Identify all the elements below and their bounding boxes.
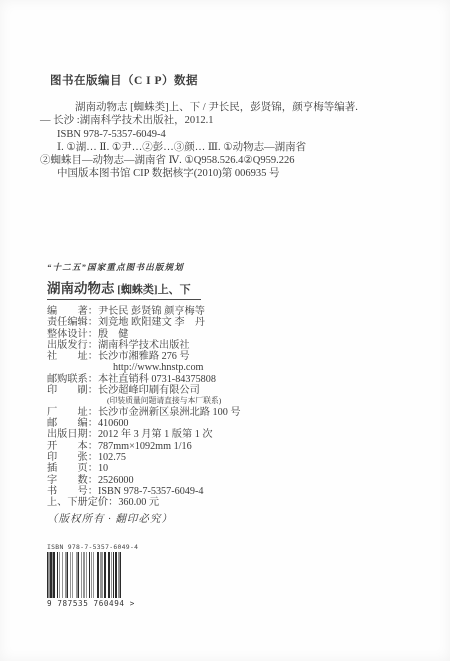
colophon-row: (印装质量问题请直接与本厂联系): [47, 396, 427, 407]
colophon-row-label: 编 著：: [47, 306, 98, 317]
colophon-row-label: 印 刷：: [47, 385, 98, 396]
colophon-row: 邮购联系：本社直销科 0731-84375808: [47, 374, 427, 385]
colophon-row: 书 号：ISBN 978-7-5357-6049-4: [47, 486, 427, 497]
colophon-row-label: 上、下册定价：: [47, 497, 118, 508]
colophon-row-value: 10: [98, 463, 108, 474]
colophon-row-value: 长沙超峰印刷有限公司: [98, 385, 200, 396]
colophon-row: 邮 编：410600: [47, 418, 427, 429]
book-title: 湖南动物志 [蜘蛛类]上、下: [47, 277, 201, 300]
colophon-row: 印 张：102.75: [47, 452, 427, 463]
book-title-subtitle: [蜘蛛类]上、下: [115, 284, 191, 296]
colophon-row-value: 湖南科学技术出版社: [98, 340, 190, 351]
colophon-row-label: 印 张：: [47, 452, 98, 463]
colophon-row-label: 出版日期：: [47, 429, 98, 440]
colophon-row: 厂 址：长沙市金洲新区泉洲北路 100 号: [47, 407, 427, 418]
colophon-row-value: 长沙市金洲新区泉洲北路 100 号: [98, 407, 241, 418]
cip-line: ②蜘蛛目—动物志—湖南省 Ⅳ. ①Q958.526.4②Q959.226: [40, 154, 426, 167]
colophon-row: 整体设计：殷 健: [47, 329, 427, 340]
cip-heading: 图书在版编目（C I P）数据: [50, 72, 198, 88]
colophon-row: 编 著：尹长民 彭贤锦 颜亨梅等: [47, 306, 427, 317]
colophon-row-value: ISBN 978-7-5357-6049-4: [98, 486, 204, 497]
colophon-row-value: 410600: [98, 418, 129, 429]
book-copyright-page: 图书在版编目（C I P）数据 湖南动物志 [蜘蛛类]上、下 / 尹长民，彭贤锦…: [0, 0, 450, 661]
colophon-row: 出版日期：2012 年 3 月第 1 版第 1 次: [47, 429, 427, 440]
colophon-row-label: 出版发行：: [47, 340, 98, 351]
colophon-row: 字 数：2526000: [47, 475, 427, 486]
colophon-row-value: 长沙市湘雅路 276 号: [98, 351, 190, 362]
colophon-row-label: 字 数：: [47, 475, 98, 486]
colophon-row-label: 邮购联系：: [47, 374, 98, 385]
colophon-row-label: 厂 址：: [47, 407, 98, 418]
colophon-row-value: 2526000: [98, 475, 134, 486]
colophon-row-label: 责任编辑：: [47, 317, 98, 328]
cip-record: 湖南动物志 [蜘蛛类]上、下 / 尹长民，彭贤锦，颜亨梅等编著.— 长沙 :湖南…: [40, 101, 426, 181]
colophon-row-label: 整体设计：: [47, 329, 98, 340]
copyright-note: （版权所有 · 翻印必究）: [47, 511, 427, 526]
colophon-row: 社 址：长沙市湘雅路 276 号: [47, 351, 427, 362]
cip-line: Ⅰ. ①湖… Ⅱ. ①尹…②彭…③颜… Ⅲ. ①动物志—湖南省: [40, 141, 426, 154]
colophon-row-label: 邮 编：: [47, 418, 98, 429]
colophon-row-value: 2012 年 3 月第 1 版第 1 次: [98, 429, 213, 440]
colophon-row-value: 刘竞地 欧阳建文 李 丹: [98, 317, 205, 328]
colophon-row-label: 书 号：: [47, 486, 98, 497]
series-note: “十二五”国家重点图书出版规划: [47, 261, 427, 273]
colophon-row-value: 787mm×1092mm 1/16: [98, 441, 192, 452]
colophon-row-label: 插 页：: [47, 463, 98, 474]
barcode-isbn-label: ISBN 978-7-5357-6049-4: [47, 543, 125, 551]
cip-line: 中国版本图书馆 CIP 数据核字(2010)第 006935 号: [40, 167, 426, 180]
colophon-row: 出版发行：湖南科学技术出版社: [47, 340, 427, 351]
cip-line: — 长沙 :湖南科学技术出版社，2012.1: [40, 114, 426, 127]
barcode-bars: [47, 552, 121, 598]
colophon-row: 印 刷：长沙超峰印刷有限公司: [47, 385, 427, 396]
colophon-rows: 编 著：尹长民 彭贤锦 颜亨梅等责任编辑：刘竞地 欧阳建文 李 丹整体设计：殷 …: [47, 306, 427, 509]
isbn-barcode: ISBN 978-7-5357-6049-4 9 787535 760494 >: [47, 543, 125, 608]
colophon-row-label: 开 本：: [47, 441, 98, 452]
colophon-row: 上、下册定价：360.00 元: [47, 497, 427, 508]
colophon-row-value: 360.00 元: [118, 497, 159, 508]
book-title-main: 湖南动物志: [47, 281, 115, 296]
colophon-row: http://www.hnstp.com: [47, 362, 427, 373]
colophon-row-value: http://www.hnstp.com: [113, 362, 203, 373]
colophon-row: 开 本：787mm×1092mm 1/16: [47, 441, 427, 452]
barcode-digits: 9 787535 760494 >: [47, 599, 125, 608]
cip-line: ISBN 978-7-5357-6049-4: [40, 128, 426, 141]
colophon-row: 插 页：10: [47, 463, 427, 474]
colophon-row-value: (印装质量问题请直接与本厂联系): [107, 396, 221, 407]
colophon-row: 责任编辑：刘竞地 欧阳建文 李 丹: [47, 317, 427, 328]
cip-line: 湖南动物志 [蜘蛛类]上、下 / 尹长民，彭贤锦，颜亨梅等编著.: [40, 101, 426, 114]
colophon-row-value: 殷 健: [98, 329, 129, 340]
colophon-row-value: 本社直销科 0731-84375808: [98, 374, 216, 385]
colophon-row-value: 尹长民 彭贤锦 颜亨梅等: [98, 306, 205, 317]
colophon-block: “十二五”国家重点图书出版规划 湖南动物志 [蜘蛛类]上、下 编 著：尹长民 彭…: [47, 261, 427, 526]
colophon-row-label: 社 址：: [47, 351, 98, 362]
colophon-row-value: 102.75: [98, 452, 126, 463]
